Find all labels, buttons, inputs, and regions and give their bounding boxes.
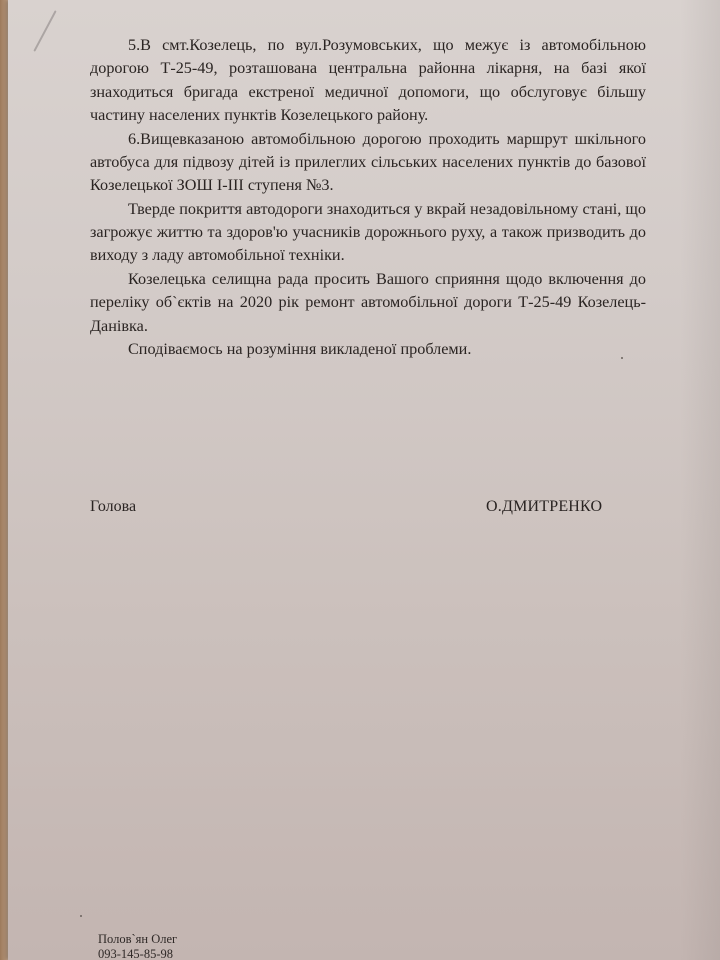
pen-mark xyxy=(33,10,56,52)
letter-body: 5.В смт.Козелець, по вул.Розумовських, щ… xyxy=(90,34,646,362)
contact-name: Полов`ян Олег xyxy=(98,932,177,947)
signatory-name: О.ДМИТРЕНКО xyxy=(486,498,602,516)
contact-block: Полов`ян Олег 093-145-85-98 xyxy=(98,932,177,960)
document-page: 5.В смт.Козелець, по вул.Розумовських, щ… xyxy=(8,0,720,960)
paragraph-school-bus: 6.Вищевказаною автомобільною дорогою про… xyxy=(90,128,646,198)
paragraph-closing: Сподіваємось на розуміння викладеної про… xyxy=(90,338,646,361)
paragraph-request: Козелецька селищна рада просить Вашого с… xyxy=(90,268,646,338)
document-photo: 5.В смт.Козелець, по вул.Розумовських, щ… xyxy=(0,0,720,960)
contact-phone: 093-145-85-98 xyxy=(98,947,177,960)
paper-speck xyxy=(80,915,82,917)
signatory-title: Голова xyxy=(90,498,136,516)
paragraph-hospital: 5.В смт.Козелець, по вул.Розумовських, щ… xyxy=(90,34,646,127)
paragraph-road-condition: Тверде покриття автодороги знаходиться у… xyxy=(90,198,646,268)
